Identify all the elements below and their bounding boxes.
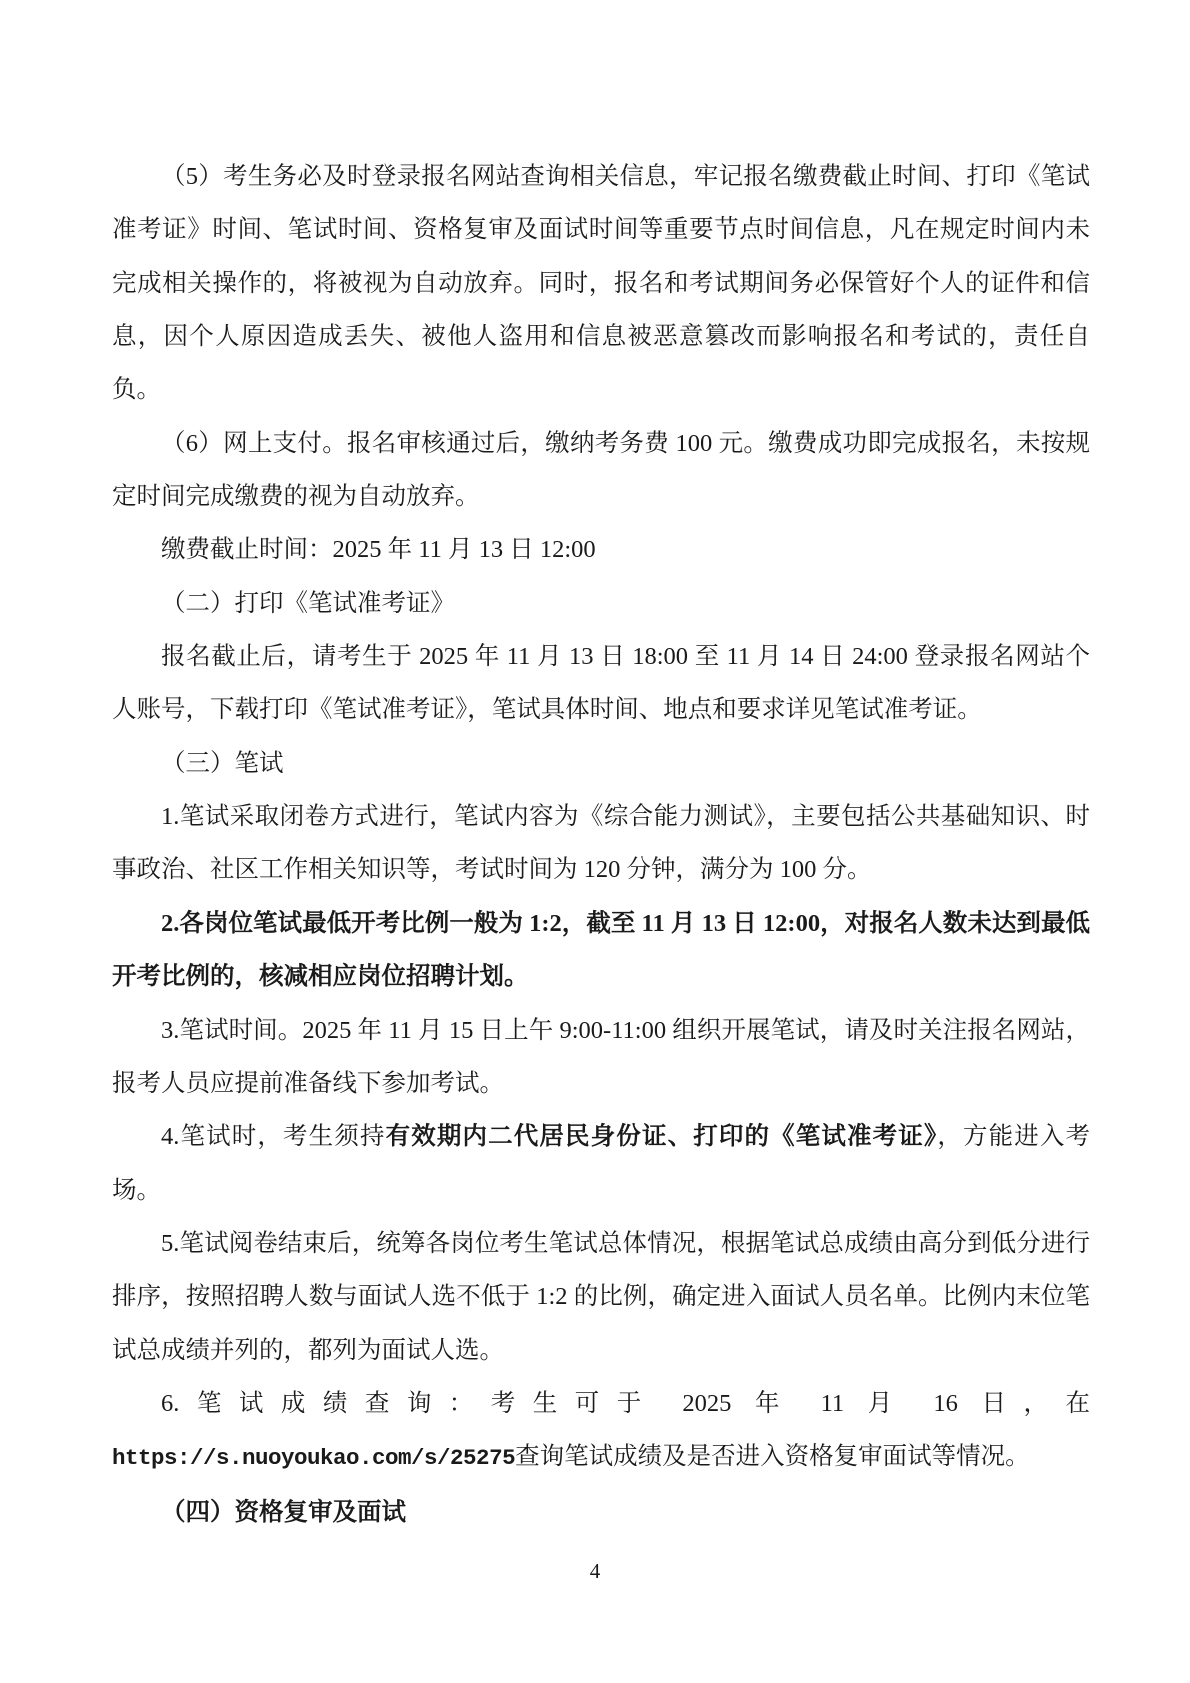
para-written-test-entry-pre: 4.笔试时，考生须持 <box>161 1123 386 1150</box>
heading-written-test: （三）笔试 <box>112 737 1090 790</box>
document-body: （5）考生务必及时登录报名网站查询相关信息，牢记报名缴费截止时间、打印《笔试准考… <box>112 150 1090 1539</box>
para-score-query: 6.笔试成绩查询：考生可于 2025 年 11 月 16 日，在 https:/… <box>112 1377 1090 1486</box>
heading-print-admission-ticket: （二）打印《笔试准考证》 <box>112 577 1090 630</box>
para-login-notice: （5）考生务必及时登录报名网站查询相关信息，牢记报名缴费截止时间、打印《笔试准考… <box>112 150 1090 417</box>
para-online-payment: （6）网上支付。报名审核通过后，缴纳考务费 100 元。缴费成功即完成报名，未按… <box>112 417 1090 524</box>
para-score-query-pre: 6.笔试成绩查询：考生可于 2025 年 11 月 16 日，在 <box>161 1390 1090 1417</box>
score-query-url: https://s.nuoyoukao.com/s/25275 <box>112 1445 515 1471</box>
para-payment-deadline: 缴费截止时间：2025 年 11 月 13 日 12:00 <box>112 523 1090 576</box>
heading-qualification-review-interview: （四）资格复审及面试 <box>112 1486 1090 1539</box>
para-score-query-post: 查询笔试成绩及是否进入资格复审面试等情况。 <box>515 1443 1030 1470</box>
para-print-instructions: 报名截止后，请考生于 2025 年 11 月 13 日 18:00 至 11 月… <box>112 630 1090 737</box>
para-written-test-entry-required-docs: 有效期内二代居民身份证、打印的《笔试准考证》 <box>386 1123 938 1150</box>
para-written-test-content: 1.笔试采取闭卷方式进行，笔试内容为《综合能力测试》，主要包括公共基础知识、时事… <box>112 790 1090 897</box>
para-written-test-time: 3.笔试时间。2025 年 11 月 15 日上午 9:00-11:00 组织开… <box>112 1004 1090 1111</box>
para-written-test-ranking: 5.笔试阅卷结束后，统筹各岗位考生笔试总体情况，根据笔试总成绩由高分到低分进行排… <box>112 1217 1090 1377</box>
para-written-test-entry: 4.笔试时，考生须持有效期内二代居民身份证、打印的《笔试准考证》，方能进入考场。 <box>112 1110 1090 1217</box>
page-number: 4 <box>0 1558 1190 1584</box>
document-page: （5）考生务必及时登录报名网站查询相关信息，牢记报名缴费截止时间、打印《笔试准考… <box>0 0 1190 1683</box>
para-written-test-ratio: 2.各岗位笔试最低开考比例一般为 1:2，截至 11 月 13 日 12:00，… <box>112 897 1090 1004</box>
